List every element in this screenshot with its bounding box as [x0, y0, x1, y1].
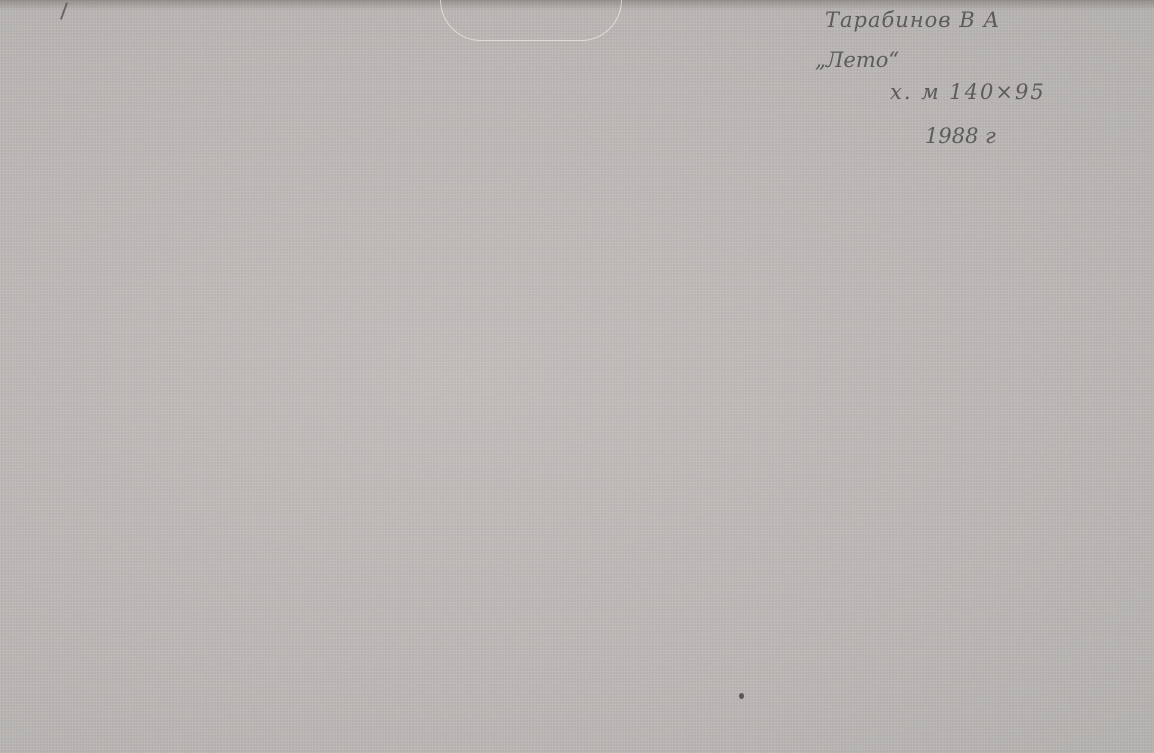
artwork-title: „Лето“	[815, 50, 899, 71]
year: 1988 г	[925, 126, 996, 147]
loose-thread	[440, 0, 622, 41]
dirt-speck	[739, 693, 744, 699]
canvas-back: Тарабинов В А „Лето“ х. м 140×95 1988 г	[0, 0, 1154, 753]
medium-and-size: х. м 140×95	[890, 82, 1046, 103]
artist-name: Тарабинов В А	[825, 10, 1000, 31]
